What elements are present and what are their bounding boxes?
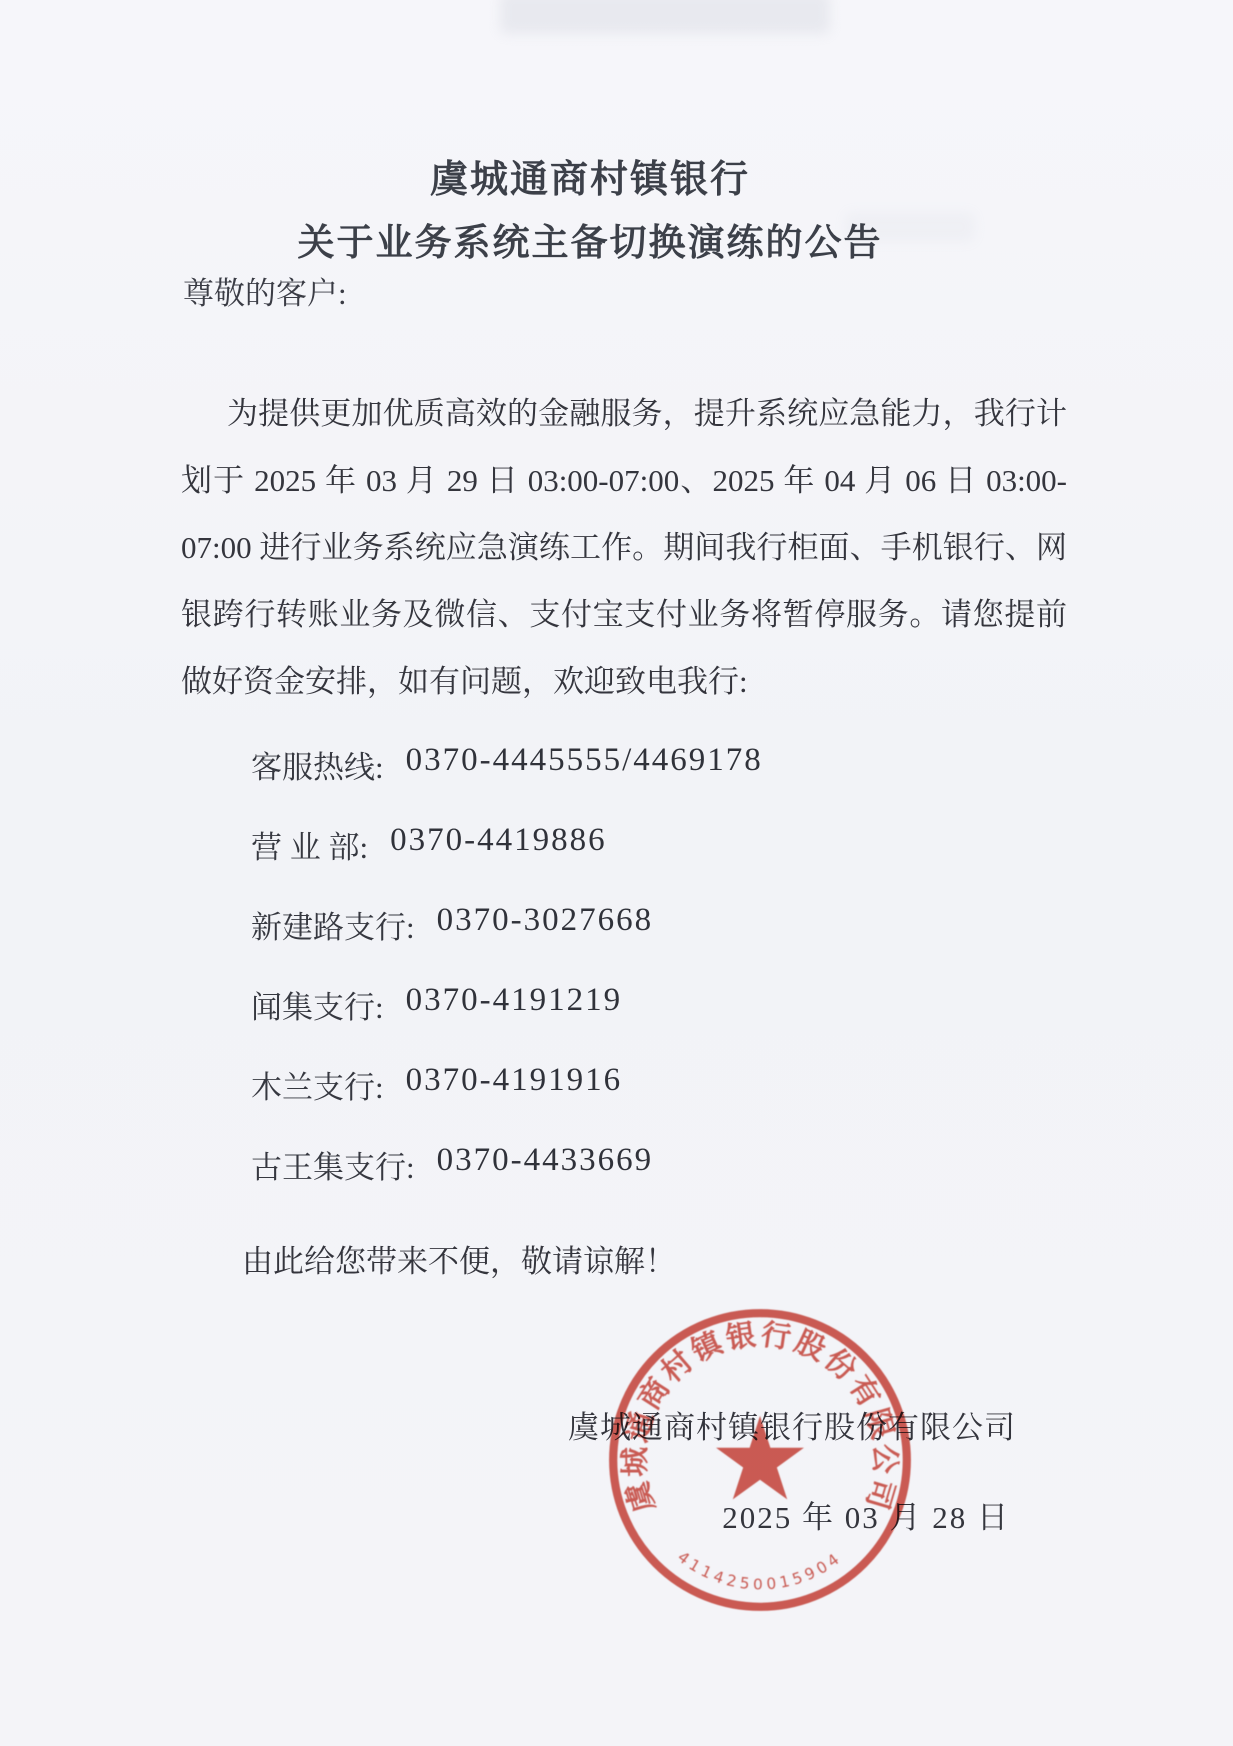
- svg-text:4114250015904: 4114250015904: [674, 1548, 846, 1593]
- contact-label: 营 业 部:: [251, 822, 368, 867]
- contact-row: 营 业 部: 0370-4419886: [251, 822, 763, 902]
- contact-number: 0370-3027668: [437, 902, 654, 939]
- scanned-announcement-page: 虞城通商村镇银行 关于业务系统主备切换演练的公告 尊敬的客户: 为提供更加优质高…: [0, 0, 1233, 1746]
- contact-label: 闻集支行:: [251, 982, 384, 1027]
- contact-number: 0370-4191916: [406, 1062, 623, 1099]
- document-title-subject: 关于业务系统主备切换演练的公告: [0, 212, 1180, 266]
- body-paragraph: 为提供更加优质高效的金融服务，提升系统应急能力，我行计划于 2025 年 03 …: [181, 380, 1067, 715]
- official-seal-stamp: 虞城通商村镇银行股份有限公司 4114250015904: [606, 1306, 914, 1614]
- document-title-bank-name: 虞城通商村镇银行: [0, 148, 1180, 203]
- contact-number: 0370-4433669: [437, 1142, 654, 1179]
- contact-label: 客服热线:: [251, 742, 384, 787]
- seal-star: [716, 1416, 804, 1500]
- contact-label: 新建路支行:: [251, 902, 415, 947]
- contact-label: 木兰支行:: [251, 1062, 384, 1107]
- closing-remark: 由此给您带来不便，敬请谅解！: [242, 1236, 676, 1281]
- contact-number: 0370-4419886: [390, 822, 607, 859]
- contact-row: 木兰支行: 0370-4191916: [251, 1062, 763, 1142]
- contact-number: 0370-4445555/4469178: [406, 742, 763, 779]
- contact-row: 闻集支行: 0370-4191219: [251, 982, 763, 1062]
- contact-row: 古王集支行: 0370-4433669: [251, 1142, 763, 1222]
- contact-row: 客服热线: 0370-4445555/4469178: [251, 742, 763, 822]
- scan-bleedthrough-artifact: [500, 0, 830, 34]
- seal-serial-number: 4114250015904: [674, 1548, 846, 1593]
- contact-list: 客服热线: 0370-4445555/4469178 营 业 部: 0370-4…: [251, 742, 763, 1222]
- contact-label: 古王集支行:: [251, 1142, 415, 1187]
- salutation: 尊敬的客户:: [183, 268, 347, 313]
- contact-number: 0370-4191219: [406, 982, 623, 1019]
- contact-row: 新建路支行: 0370-3027668: [251, 902, 763, 982]
